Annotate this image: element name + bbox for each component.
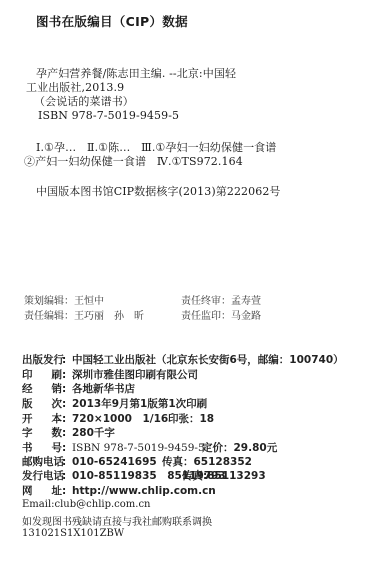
- defect-notice: 如发现图书残缺请直接与我社邮购联系调换: [22, 513, 212, 528]
- print-supervisor-label: 责任监印：: [181, 311, 231, 322]
- print-supervisor-name: 马金路: [231, 311, 261, 322]
- website-value[interactable]: http://www.chlip.com.cn: [72, 484, 216, 499]
- distribution-phone-value: 010-85119835 85119793: [72, 469, 182, 484]
- cip-record-number: 中国版本图书馆CIP数据核字(2013)第222062号: [36, 185, 281, 199]
- word-count-label: 字数: [22, 426, 62, 441]
- fax-label: 传真：: [162, 455, 194, 470]
- staff-responsible-editor: 责任编辑：王巧丽 孙 昕: [24, 307, 144, 322]
- cip-classification-line-2: ②产妇一妇幼保健一食谱 Ⅳ.①TS972.164: [24, 155, 243, 169]
- staff-final-review: 责任终审：孟寿萱: [181, 292, 261, 307]
- distributor-label: 经销: [22, 382, 62, 397]
- pub-publisher-row: 出版发行:中国轻工业出版社（北京东长安街6号，邮编：100740）: [22, 353, 344, 368]
- responsible-editor-label: 责任编辑：: [24, 311, 74, 322]
- pub-format-row: 开本:720×1000 1/16印张：18: [22, 412, 214, 427]
- responsible-editor-names: 王巧丽 孙 昕: [74, 311, 144, 322]
- cip-title: 图书在版编目（CIP）数据: [36, 12, 188, 30]
- edition-value: 2013年9月第1版第1次印刷: [72, 397, 207, 412]
- publisher-label: 出版发行: [22, 353, 62, 368]
- word-count-value: 280千字: [72, 426, 115, 441]
- cip-line-title-author: 孕产妇营养餐/陈志田主编. --北京:中国轻: [36, 67, 236, 81]
- distribution-phone-label: 发行电话: [22, 469, 62, 484]
- email[interactable]: Email:club@chlip.com.cn: [22, 499, 151, 510]
- edition-label: 版次: [22, 397, 62, 412]
- cip-line-publisher-date: 工业出版社,2013.9: [26, 81, 124, 95]
- print-code: 131021S1X101ZBW: [22, 528, 124, 539]
- price-label: 定价：: [202, 441, 234, 456]
- book-number-label: 书号: [22, 441, 62, 456]
- pub-edition-row: 版次:2013年9月第1版第1次印刷: [22, 397, 207, 412]
- website-label: 网址: [22, 484, 62, 499]
- final-review-name: 孟寿萱: [231, 296, 261, 307]
- pub-mail-order-row: 邮购电话:010-65241695传真：65128352: [22, 455, 252, 470]
- sheets-label: 印张：: [168, 412, 200, 427]
- mail-order-phone-value: 010-65241695: [72, 455, 162, 470]
- cip-line-isbn: ISBN 978-7-5019-9459-5: [38, 109, 179, 123]
- cip-line-series: （会说话的菜谱书）: [34, 95, 134, 109]
- printer-label: 印刷: [22, 368, 62, 383]
- printer-value: 深圳市雅佳图印刷有限公司: [72, 368, 198, 383]
- distribution-fax-value: 85113293: [207, 469, 265, 484]
- book-number-value: ISBN 978-7-5019-9459-5: [72, 441, 202, 456]
- format-value: 720×1000 1/16: [72, 412, 168, 427]
- pub-book-number-row: 书号:ISBN 978-7-5019-9459-5定价：29.80元: [22, 441, 277, 456]
- format-label: 开本: [22, 412, 62, 427]
- pub-distribution-phone-row: 发行电话:010-85119835 85119793传真:85113293: [22, 469, 266, 484]
- staff-planning-editor: 策划编辑：王恒中: [24, 292, 104, 307]
- distribution-fax-label: 传真:: [182, 469, 207, 484]
- distributor-value: 各地新华书店: [72, 382, 135, 397]
- price-value: 29.80元: [234, 441, 278, 456]
- publisher-value: 中国轻工业出版社（北京东长安街6号，邮编：100740）: [72, 353, 344, 368]
- pub-distributor-row: 经销:各地新华书店: [22, 382, 135, 397]
- mail-order-phone-label: 邮购电话: [22, 455, 62, 470]
- cip-classification-line-1: Ⅰ.①孕… Ⅱ.①陈… Ⅲ.①孕妇一妇幼保健一食谱: [36, 141, 276, 155]
- staff-print-supervisor: 责任监印：马金路: [181, 307, 261, 322]
- planning-editor-name: 王恒中: [74, 296, 104, 307]
- planning-editor-label: 策划编辑：: [24, 296, 74, 307]
- pub-website-row: 网址:http://www.chlip.com.cn: [22, 484, 216, 499]
- fax-value: 65128352: [194, 455, 252, 470]
- pub-printer-row: 印刷:深圳市雅佳图印刷有限公司: [22, 368, 198, 383]
- final-review-label: 责任终审：: [181, 296, 231, 307]
- pub-word-count-row: 字数:280千字: [22, 426, 115, 441]
- sheets-value: 18: [200, 412, 215, 427]
